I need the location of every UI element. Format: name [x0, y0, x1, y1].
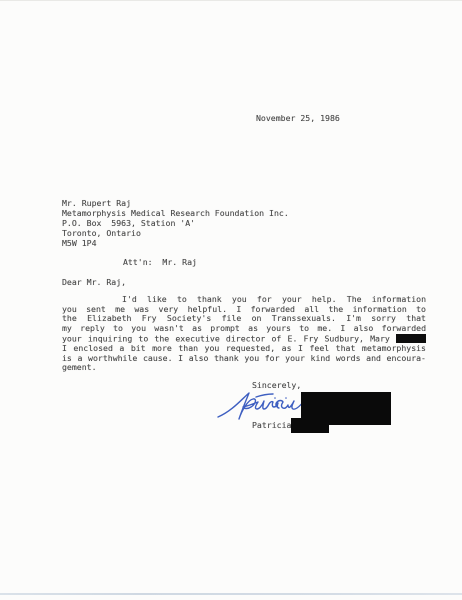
recipient-name-line: Mr. Rupert Raj [62, 198, 289, 208]
recipient-postal-line: M5W 1P4 [62, 238, 289, 248]
body-line: is a worthwhile cause. I also thank you … [62, 354, 426, 364]
salutation: Dear Mr. Raj, [62, 277, 126, 287]
scan-edge-artifact-bottom [0, 593, 462, 595]
body-line: gement. [62, 363, 426, 373]
redaction-box-surname [291, 418, 329, 433]
recipient-pobox-line: P.O. Box 5963, Station 'A' [62, 218, 289, 228]
scanned-letter-page: November 25, 1986 Mr. Rupert Raj Metamor… [0, 0, 462, 600]
recipient-address-block: Mr. Rupert Raj Metamorphysis Medical Res… [62, 198, 289, 248]
recipient-org-line: Metamorphysis Medical Research Foundatio… [62, 208, 289, 218]
attention-line: Att'n: Mr. Raj [123, 257, 197, 267]
recipient-city-line: Toronto, Ontario [62, 228, 289, 238]
body-line-text: your inquiring to the executive director… [62, 333, 390, 343]
scan-edge-artifact-top [0, 0, 462, 1]
letter-body: I'd like to thank you for your help. The… [62, 295, 426, 373]
redaction-box-inline [396, 334, 426, 344]
letter-date: November 25, 1986 [256, 113, 340, 123]
